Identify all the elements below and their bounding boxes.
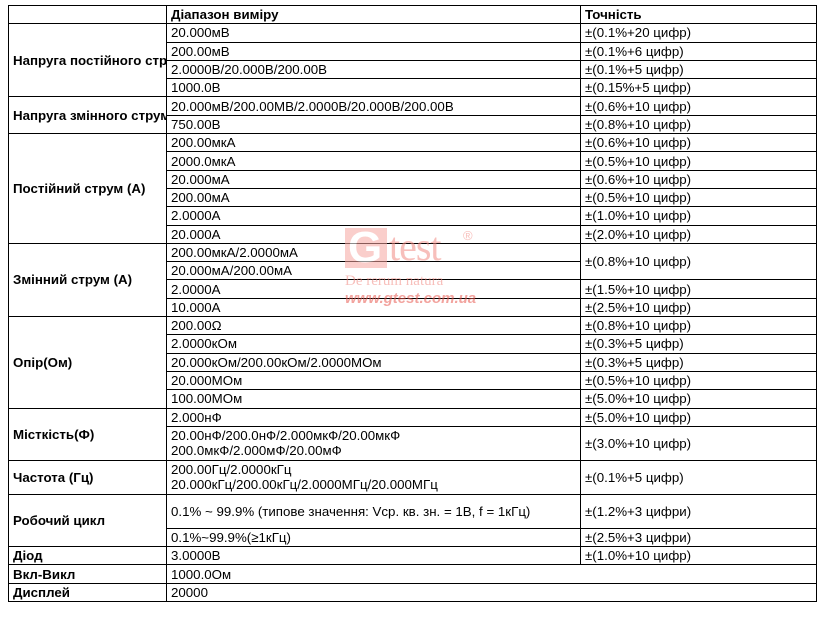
category-dc-voltage: Напруга постійного струму (В) (9, 24, 167, 97)
accuracy-cell: ±(1.0%+10 цифр) (581, 207, 817, 225)
table-row: Напруга змінного струму (В) 20.000мВ/200… (9, 97, 817, 115)
accuracy-cell: ±(0.15%+5 цифр) (581, 79, 817, 97)
accuracy-cell: ±(0.1%+5 цифр) (581, 460, 817, 494)
table-row: Діод 3.0000В ±(1.0%+10 цифр) (9, 547, 817, 565)
header-category (9, 6, 167, 24)
category-continuity: Вкл-Викл (9, 565, 167, 583)
accuracy-cell: ±(2.0%+10 цифр) (581, 225, 817, 243)
category-duty-cycle: Робочий цикл (9, 494, 167, 546)
range-cell: 200.00Ω (167, 317, 581, 335)
table-row: Вкл-Викл 1000.0Ом (9, 565, 817, 583)
table-row: Опір(Ом) 200.00Ω ±(0.8%+10 цифр) (9, 317, 817, 335)
range-cell: 20.000мА (167, 170, 581, 188)
accuracy-cell: ±(0.5%+10 цифр) (581, 371, 817, 389)
range-cell: 20.000кОм/200.00кОм/2.0000МОм (167, 353, 581, 371)
range-cell: 2.0000А (167, 207, 581, 225)
accuracy-cell: ±(0.6%+10 цифр) (581, 97, 817, 115)
accuracy-cell: ±(0.6%+10 цифр) (581, 134, 817, 152)
category-dc-current: Постійний струм (А) (9, 134, 167, 244)
range-cell: 200.00мкА (167, 134, 581, 152)
category-ac-current: Змінний струм (А) (9, 243, 167, 316)
range-cell: 200.00мА (167, 188, 581, 206)
range-cell: 1000.0Ом (167, 565, 817, 583)
range-cell: 750.00В (167, 115, 581, 133)
range-cell: 100.00МОм (167, 390, 581, 408)
category-capacitance: Місткість(Ф) (9, 408, 167, 460)
accuracy-cell: ±(0.8%+10 цифр) (581, 243, 817, 280)
range-cell: 2.000нФ (167, 408, 581, 426)
range-cell: 0.1% ~ 99.9% (типове значення: Vср. кв. … (167, 494, 581, 528)
table-row: Постійний струм (А) 200.00мкА ±(0.6%+10 … (9, 134, 817, 152)
table-header-row: Діапазон виміру Точність (9, 6, 817, 24)
range-line: 20.00нФ/200.0нФ/2.000мкФ/20.00мкФ (171, 428, 576, 443)
accuracy-cell: ±(0.3%+5 цифр) (581, 353, 817, 371)
range-cell: 20.000мВ/200.00МВ/2.0000В/20.000В/200.00… (167, 97, 581, 115)
range-cell: 10.000А (167, 298, 581, 316)
range-cell: 2000.0мкА (167, 152, 581, 170)
category-frequency: Частота (Гц) (9, 460, 167, 494)
range-cell: 200.00мкА/2.0000мА (167, 243, 581, 261)
range-cell: 200.00мВ (167, 42, 581, 60)
category-diode: Діод (9, 547, 167, 565)
range-cell: 20.000А (167, 225, 581, 243)
accuracy-cell: ±(0.1%+6 цифр) (581, 42, 817, 60)
range-cell: 3.0000В (167, 547, 581, 565)
accuracy-cell: ±(1.2%+3 цифри) (581, 494, 817, 528)
table-row: Робочий цикл 0.1% ~ 99.9% (типове значен… (9, 494, 817, 528)
accuracy-cell: ±(5.0%+10 цифр) (581, 408, 817, 426)
header-accuracy: Точність (581, 6, 817, 24)
table-row: Дисплей 20000 (9, 583, 817, 601)
range-line: 200.00Гц/2.0000кГц (171, 462, 576, 477)
table-row: Напруга постійного струму (В) 20.000мВ ±… (9, 24, 817, 42)
range-line: 20.000кГц/200.00кГц/2.0000МГц/20.000МГц (171, 477, 576, 492)
specifications-table: Діапазон виміру Точність Напруга постійн… (8, 5, 817, 602)
accuracy-cell: ±(1.5%+10 цифр) (581, 280, 817, 298)
table-row: Частота (Гц) 200.00Гц/2.0000кГц 20.000кГ… (9, 460, 817, 494)
category-ac-voltage: Напруга змінного струму (В) (9, 97, 167, 134)
header-range: Діапазон виміру (167, 6, 581, 24)
range-cell: 200.00Гц/2.0000кГц 20.000кГц/200.00кГц/2… (167, 460, 581, 494)
range-line: 200.0мкФ/2.000мФ/20.00мФ (171, 443, 576, 458)
range-cell: 1000.0В (167, 79, 581, 97)
category-display: Дисплей (9, 583, 167, 601)
table-row: Змінний струм (А) 200.00мкА/2.0000мА ±(0… (9, 243, 817, 261)
range-cell: 2.0000А (167, 280, 581, 298)
range-cell: 20.000мА/200.00мА (167, 262, 581, 280)
accuracy-cell: ±(3.0%+10 цифр) (581, 426, 817, 460)
table-row: Місткість(Ф) 2.000нФ ±(5.0%+10 цифр) (9, 408, 817, 426)
range-cell: 2.0000В/20.000В/200.00В (167, 60, 581, 78)
accuracy-cell: ±(0.3%+5 цифр) (581, 335, 817, 353)
category-resistance: Опір(Ом) (9, 317, 167, 408)
accuracy-cell: ±(0.1%+5 цифр) (581, 60, 817, 78)
range-cell: 20.000МОм (167, 371, 581, 389)
accuracy-cell: ±(2.5%+3 цифри) (581, 528, 817, 546)
accuracy-cell: ±(0.6%+10 цифр) (581, 170, 817, 188)
accuracy-cell: ±(2.5%+10 цифр) (581, 298, 817, 316)
accuracy-cell: ±(5.0%+10 цифр) (581, 390, 817, 408)
range-cell: 20.00нФ/200.0нФ/2.000мкФ/20.00мкФ 200.0м… (167, 426, 581, 460)
range-cell: 20.000мВ (167, 24, 581, 42)
accuracy-cell: ±(0.1%+20 цифр) (581, 24, 817, 42)
range-cell: 0.1%~99.9%(≥1кГц) (167, 528, 581, 546)
accuracy-cell: ±(1.0%+10 цифр) (581, 547, 817, 565)
range-cell: 2.0000кОм (167, 335, 581, 353)
accuracy-cell: ±(0.8%+10 цифр) (581, 317, 817, 335)
range-cell: 20000 (167, 583, 817, 601)
accuracy-cell: ±(0.8%+10 цифр) (581, 115, 817, 133)
accuracy-cell: ±(0.5%+10 цифр) (581, 188, 817, 206)
accuracy-cell: ±(0.5%+10 цифр) (581, 152, 817, 170)
